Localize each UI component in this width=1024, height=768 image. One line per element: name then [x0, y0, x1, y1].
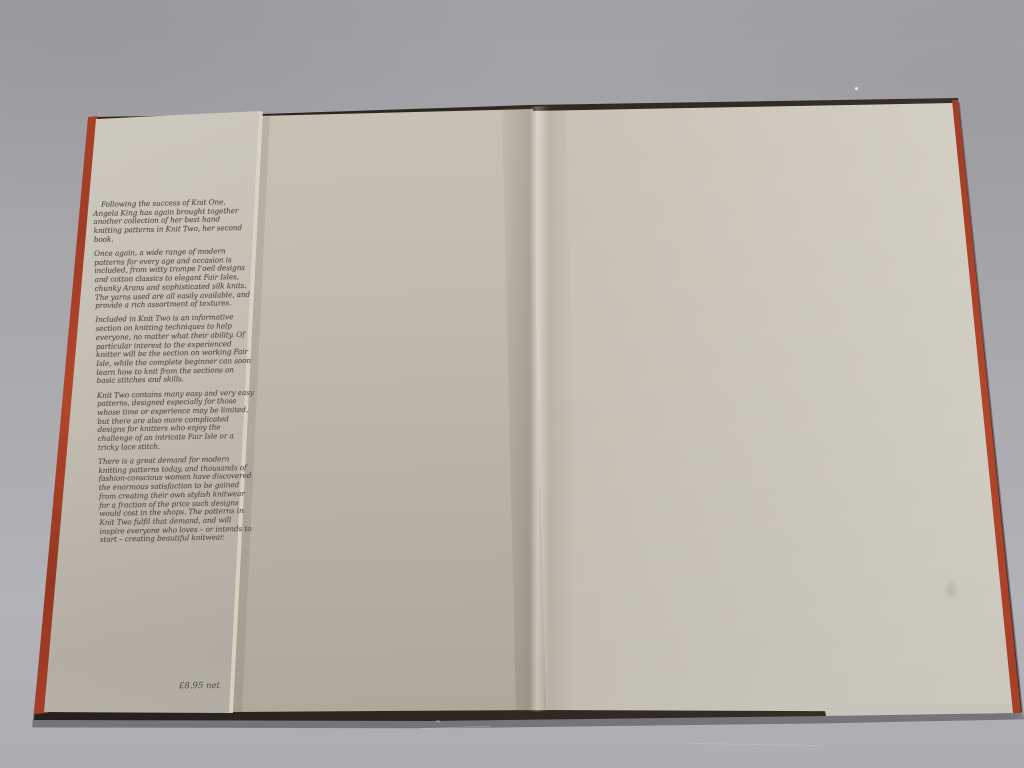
page-smudge	[944, 578, 958, 602]
flap-paragraph: Knit Two contains many easy and very eas…	[97, 388, 255, 452]
flap-paragraph: Included in Knit Two is an informative s…	[95, 313, 253, 386]
dust-speck-pink	[436, 720, 440, 723]
photo-open-book: Following the success of Knit One, Angel…	[0, 0, 1024, 768]
flap-paragraph: Following the success of Knit One, Angel…	[93, 198, 251, 245]
flap-blurb: Following the success of Knit One, Angel…	[93, 198, 257, 551]
flap-paragraph: There is a great demand for modern knitt…	[98, 455, 257, 545]
price-label: £8.95 net	[179, 681, 249, 692]
flap-paragraph: Once again, a wide range of modern patte…	[94, 247, 252, 311]
dust-speck	[855, 87, 858, 90]
